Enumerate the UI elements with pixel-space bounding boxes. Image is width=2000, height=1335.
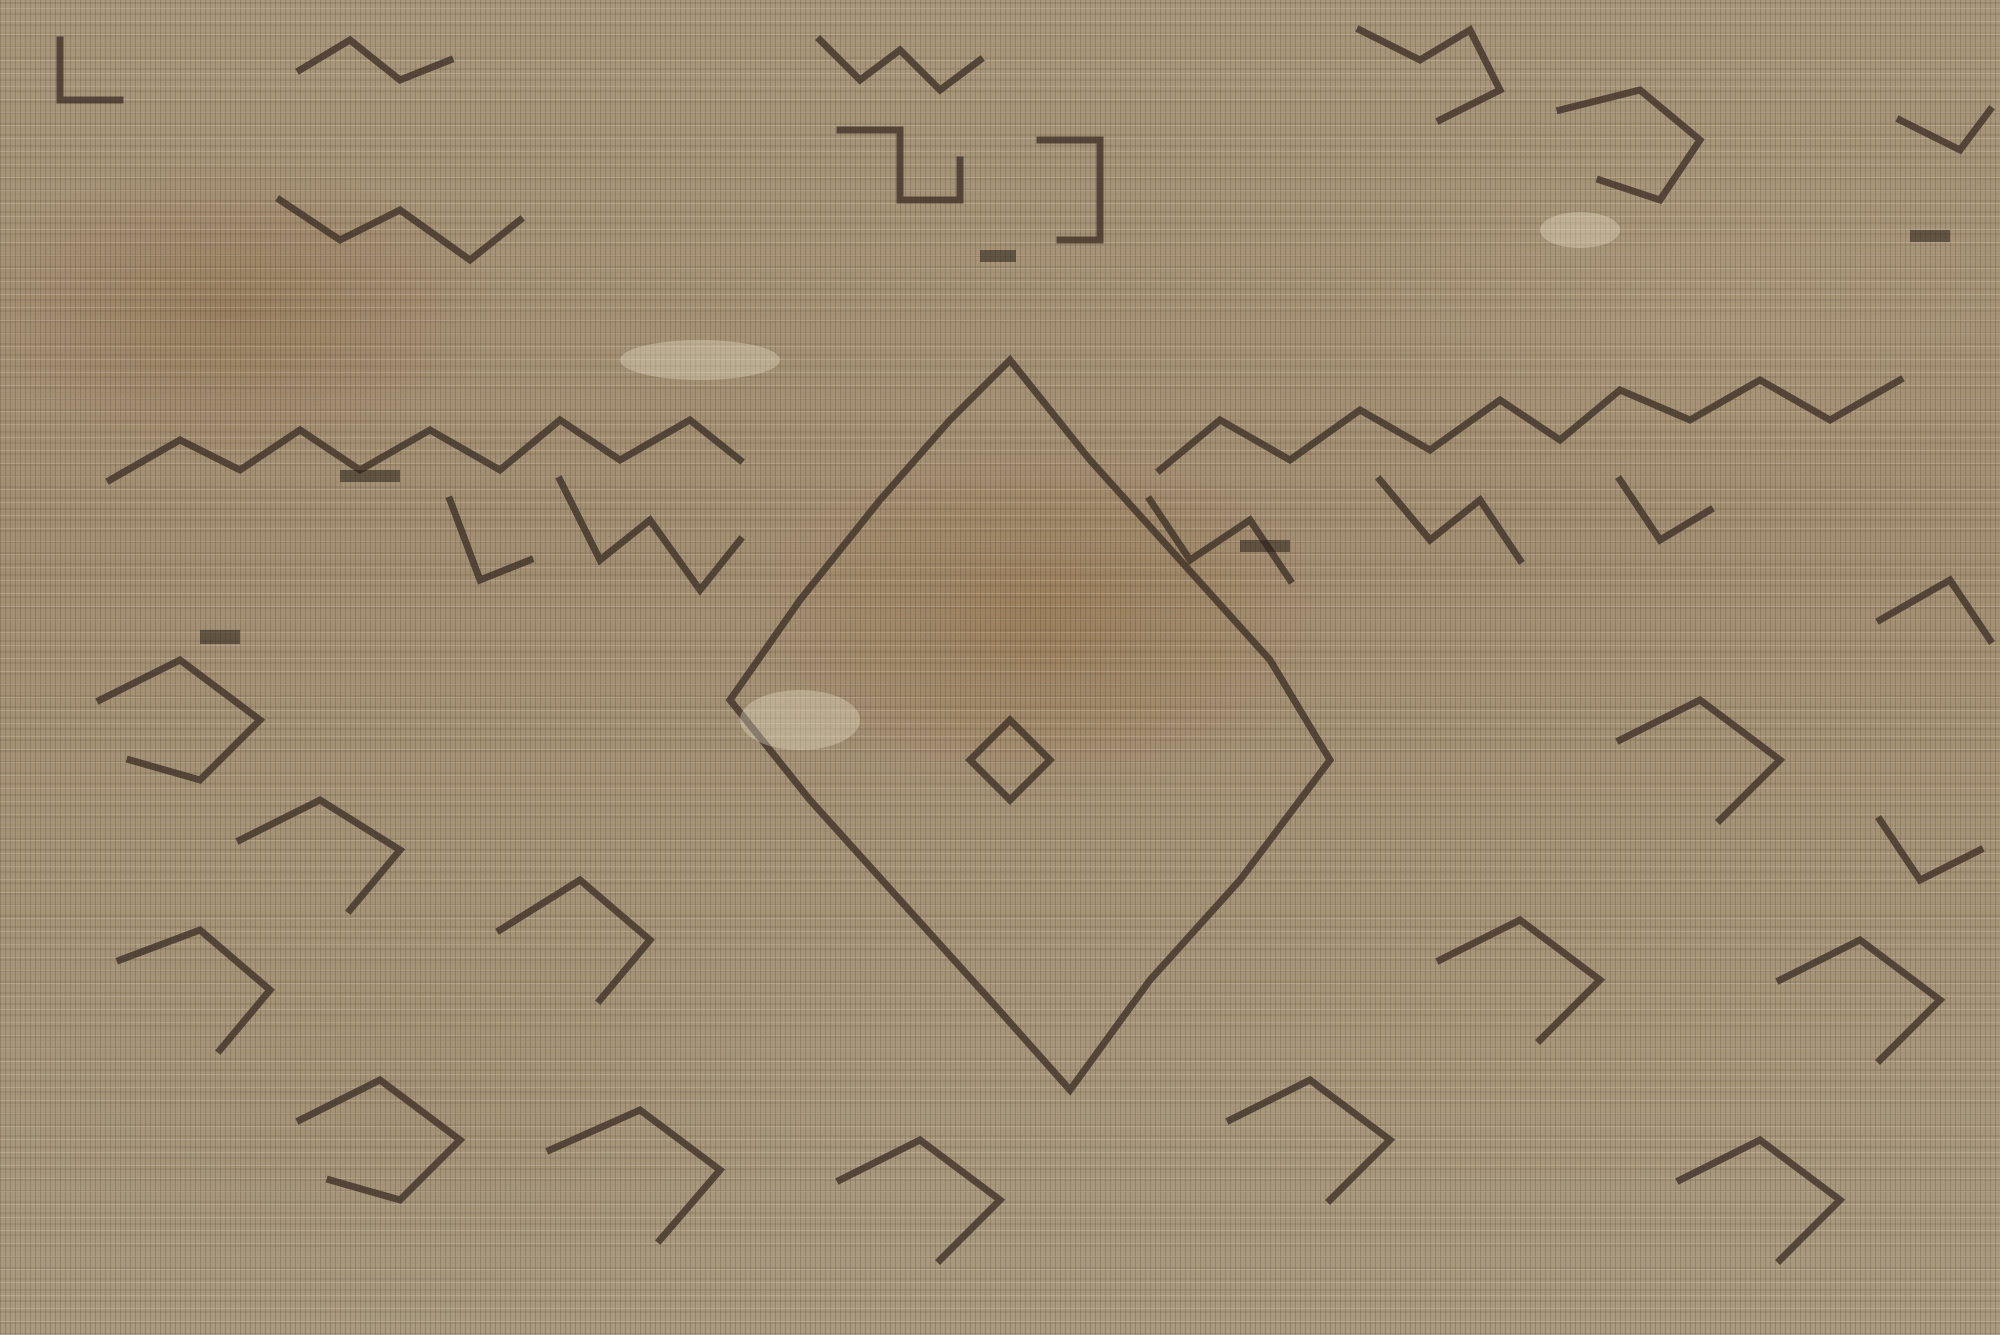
rug-photo [0, 0, 2000, 1335]
rug-motif-pattern [0, 0, 2000, 1335]
